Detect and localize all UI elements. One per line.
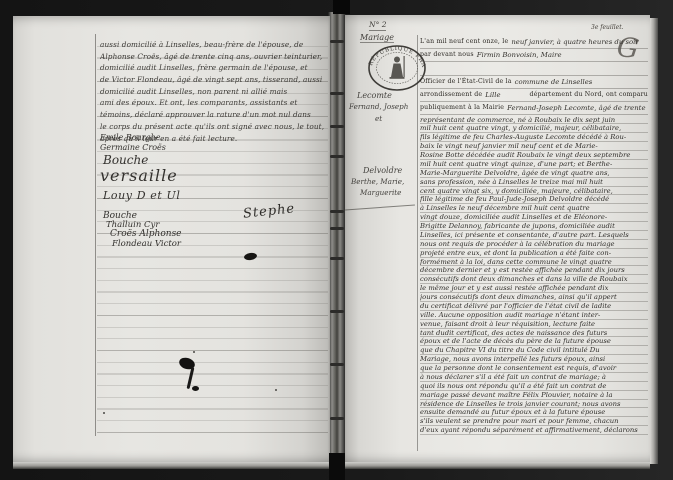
binding-stitch xyxy=(330,210,344,213)
handwritten-line: représentant de commerce, né à Roubaix l… xyxy=(420,116,648,125)
handwritten-line: nous ont requis de procéder à la célébra… xyxy=(420,240,648,249)
act-form-head: L'an mil neuf cent onze, le neuf janvier… xyxy=(420,36,648,115)
handwritten-line: décembre dernier et y est restée affiché… xyxy=(420,266,648,275)
handwritten-entry: Fernand-Joseph Lecomte, âgé de trente an… xyxy=(507,102,648,114)
handwritten-line: venue, faisant droit à leur réquisition,… xyxy=(420,320,648,329)
margin-bride-surname: Delvoldre xyxy=(363,166,402,175)
handwritten-line: sans profession, née à Linselles le trei… xyxy=(420,178,648,187)
form-line: Officier de l'État-Civil de la commune d… xyxy=(420,76,648,89)
handwritten-line: Rosine Botte décédée audit Roubaix le vi… xyxy=(420,151,648,160)
act-type-label: Mariage xyxy=(360,33,394,43)
handwritten-line: domicilié audit Linselles, frère germain… xyxy=(100,62,326,74)
handwritten-line: Brigitte Delannoy, fabricante de jupons,… xyxy=(420,222,648,231)
handwritten-line: tant dudit certificat, des actes de nais… xyxy=(420,329,648,338)
printed-form-text: L'an mil neuf cent onze, le xyxy=(420,36,508,48)
book-binding xyxy=(328,12,346,467)
handwritten-line: du certificat délivré par l'officier de … xyxy=(420,302,648,311)
handwritten-line: que la personne dont le consentement est… xyxy=(420,364,648,373)
register-left-page: aussi domicilié à Linselles, beau-frère … xyxy=(13,16,330,462)
handwritten-line: consécutifs dont deux dimanches et dans … xyxy=(420,275,648,284)
handwritten-line: le corps du présent acte qu'ils ont sign… xyxy=(100,121,326,133)
handwritten-line: époux et de l'acte de décès du père de l… xyxy=(420,337,648,346)
margin-rule xyxy=(95,34,96,436)
act-number: N° 2 xyxy=(369,20,386,31)
handwritten-line: cent quatre vingt six, y domiciliée, maj… xyxy=(420,187,648,196)
binding-stitch xyxy=(330,310,344,313)
handwritten-line: d'eux ayant répondu séparément et affirm… xyxy=(420,426,648,435)
handwritten-entry: commune de Linselles xyxy=(515,76,593,88)
margin-bride-firstnames-2: Marguerite xyxy=(360,188,401,197)
signature-versaille: versaille xyxy=(100,166,178,185)
handwritten-act-continuation: aussi domicilié à Linselles, beau-frère … xyxy=(100,39,326,144)
ink-speck xyxy=(275,389,277,391)
binding-stitch xyxy=(330,417,344,420)
printed-form-text: département du Nord, ont comparu xyxy=(530,89,648,101)
handwritten-line: vingt douze, domiciliée audit Linselles … xyxy=(420,213,648,222)
signature-flondeau-victor: Flondeau Victor xyxy=(112,239,181,249)
register-scan: aussi domicilié à Linselles, beau-frère … xyxy=(0,0,673,480)
binding-stitch xyxy=(330,227,344,230)
ink-drip-end xyxy=(192,386,199,391)
handwritten-line: à Linselles le neuf décembre mil huit ce… xyxy=(420,204,648,213)
handwritten-line: à nous déclarer s'il a été fait un contr… xyxy=(420,373,648,382)
margin-groom-surname: Lecomte xyxy=(357,91,392,100)
printed-form-text: par devant nous xyxy=(420,49,474,61)
handwritten-line: quoi ils nous ont répondu qu'il a été fa… xyxy=(420,382,648,391)
seal-figure xyxy=(390,56,405,79)
handwritten-line: de Victor Flondeau, âgé de vingt sept an… xyxy=(100,74,326,86)
signature-unclear: Louy D et Ul xyxy=(103,189,180,202)
form-line: L'an mil neuf cent onze, le neuf janvier… xyxy=(420,36,648,49)
page-stack-right-edge xyxy=(650,18,658,464)
handwritten-line: domicilié audit Linselles, non parent ni… xyxy=(100,86,326,98)
register-right-page: 3e feuillet. G N° 2 Mariage RÉPUBLIQUE F… xyxy=(345,15,650,462)
binding-notch-top xyxy=(333,0,350,14)
handwritten-line: Marie-Marguerite Delvoldre, âgée de ving… xyxy=(420,169,648,178)
binding-stitch xyxy=(330,257,344,260)
handwritten-line: mil huit cent quatre vingt, y domicilié,… xyxy=(420,124,648,133)
handwritten-line: mil huit cent quatre vingt quinze, d'une… xyxy=(420,160,648,169)
binding-stitch xyxy=(330,363,344,366)
handwritten-line: Mariage, nous avons interpellé les futur… xyxy=(420,355,648,364)
republique-francaise-seal-icon: RÉPUBLIQUE FRANÇAISE xyxy=(367,44,427,92)
handwritten-line: formément à la loi, dans cette commune l… xyxy=(420,258,648,267)
handwritten-line: fille légitime de feu Paul-Jude-Joseph D… xyxy=(420,195,648,204)
handwritten-line: le même jour et y est aussi restée affic… xyxy=(420,284,648,293)
printed-form-text: arrondissement de xyxy=(420,89,482,101)
handwritten-line: projeté entre eux, et dont la publicatio… xyxy=(420,249,648,258)
form-line: publiquement à la Mairie Fernand-Joseph … xyxy=(420,102,648,115)
handwritten-line: mariage passé devant maître Félix Plouvi… xyxy=(420,391,648,400)
handwritten-line: aussi domicilié à Linselles, beau-frère … xyxy=(100,39,326,51)
form-line: par devant nous Firmin Bonvoisin, Maire xyxy=(420,49,648,62)
margin-rule xyxy=(417,35,418,451)
handwritten-line: que du Chapitre VI du titre du Code civi… xyxy=(420,346,648,355)
form-line: arrondissement de Lille département du N… xyxy=(420,89,648,102)
signature-emile-bourghe: Emile Bourghe xyxy=(100,133,161,142)
handwritten-line: ensuite demandé au futur époux et à la f… xyxy=(420,408,648,417)
handwritten-line: ville. Aucune opposition audit mariage n… xyxy=(420,311,648,320)
handwritten-entry: Firmin Bonvoisin, Maire xyxy=(477,49,562,61)
handwritten-line: fils légitime de feu Charles-Auguste Lec… xyxy=(420,133,648,142)
signature-germaine-croes: Germaine Croës xyxy=(100,143,166,152)
printed-form-text: publiquement à la Mairie xyxy=(420,102,504,114)
ink-speck xyxy=(193,351,195,353)
binding-stitch xyxy=(330,125,344,128)
handwritten-entry: Lille xyxy=(485,89,500,101)
handwritten-line: résidence de Linselles le trois janvier … xyxy=(420,400,648,409)
form-line xyxy=(420,62,648,75)
margin-bride-firstnames: Berthe, Marie, xyxy=(351,177,404,186)
handwritten-line: s'ils veulent se prendre pour mari et po… xyxy=(420,417,648,426)
handwritten-line: témoins, déclaré approuver la rature d'u… xyxy=(100,109,326,121)
binding-stitch xyxy=(330,40,344,43)
handwritten-line: Linselles, ici présente et consentante, … xyxy=(420,231,648,240)
margin-et: et xyxy=(375,114,382,123)
handwritten-line: Alphonse Croës, âgé de trente cinq ans, … xyxy=(100,51,326,63)
handwritten-line: ami des époux. Et ont, les comparants, a… xyxy=(100,97,326,109)
binding-stitch xyxy=(330,92,344,95)
handwritten-line: jours consécutifs dont deux dimanches, a… xyxy=(420,293,648,302)
signature-croes-alphonse: Croës Alphonse xyxy=(110,229,182,239)
binding-notch-bottom xyxy=(329,453,345,480)
signature-bouche: Bouche xyxy=(103,153,148,167)
handwritten-line: baix le vingt neuf janvier mil neuf cent… xyxy=(420,142,648,151)
binding-stitch xyxy=(330,155,344,158)
sheet-number-note: 3e feuillet. xyxy=(591,24,624,31)
handwritten-entry: neuf janvier, à quatre heures du soir xyxy=(511,36,638,48)
margin-closeout-line xyxy=(345,205,415,211)
act-body-text: représentant de commerce, né à Roubaix l… xyxy=(420,116,648,436)
margin-groom-firstnames: Fernand, Joseph xyxy=(349,102,408,111)
ink-speck xyxy=(103,412,105,414)
printed-form-text: Officier de l'État-Civil de la xyxy=(420,76,512,88)
